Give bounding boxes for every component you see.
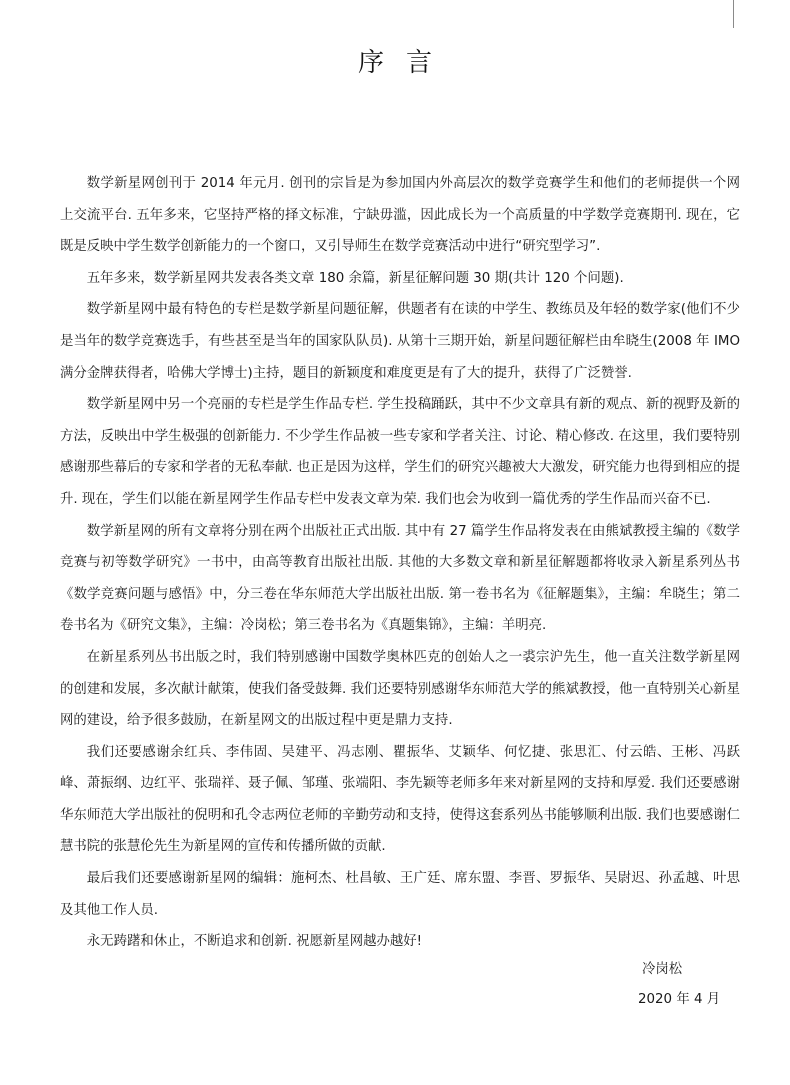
signature-author: 冷岗松 xyxy=(642,958,682,977)
paragraph-problem-column: 数学新星网中最有特色的专栏是数学新星问题征解，供题者有在读的中学生、教练员及年轻… xyxy=(60,294,740,389)
paragraph-thanks-editors: 最后我们还要感谢新星网的编辑：施柯杰、杜昌敏、王广廷、席东盟、李晋、罗振华、吴尉… xyxy=(60,863,740,926)
page-title: 序言 xyxy=(0,42,790,79)
paragraph-publication-count: 五年多来，数学新星网共发表各类文章 180 余篇，新星征解问题 30 期(共计 … xyxy=(60,263,740,295)
preface-body: 数学新星网创刊于 2014 年元月. 创刊的宗旨是为参加国内外高层次的数学竞赛学… xyxy=(60,168,740,958)
paragraph-student-works: 数学新星网中另一个亮丽的专栏是学生作品专栏. 学生投稿踊跃，其中不少文章具有新的… xyxy=(60,389,740,515)
signature-date: 2020 年 4 月 xyxy=(638,988,720,1007)
paragraph-founding: 数学新星网创刊于 2014 年元月. 创刊的宗旨是为参加国内外高层次的数学竞赛学… xyxy=(60,168,740,263)
paragraph-thanks-founders: 在新星系列丛书出版之时，我们特别感谢中国数学奥林匹克的创始人之一裘宗沪先生，他一… xyxy=(60,642,740,737)
paragraph-closing: 永无踌躇和休止，不断追求和创新. 祝愿新星网越办越好! xyxy=(60,926,740,958)
paragraph-thanks-teachers: 我们还要感谢余红兵、李伟固、吴建平、冯志刚、瞿振华、艾颖华、何忆捷、张思汇、付云… xyxy=(60,737,740,863)
paragraph-publishing: 数学新星网的所有文章将分别在两个出版社正式出版. 其中有 27 篇学生作品将发表… xyxy=(60,516,740,642)
page-margin-rule xyxy=(733,0,734,28)
